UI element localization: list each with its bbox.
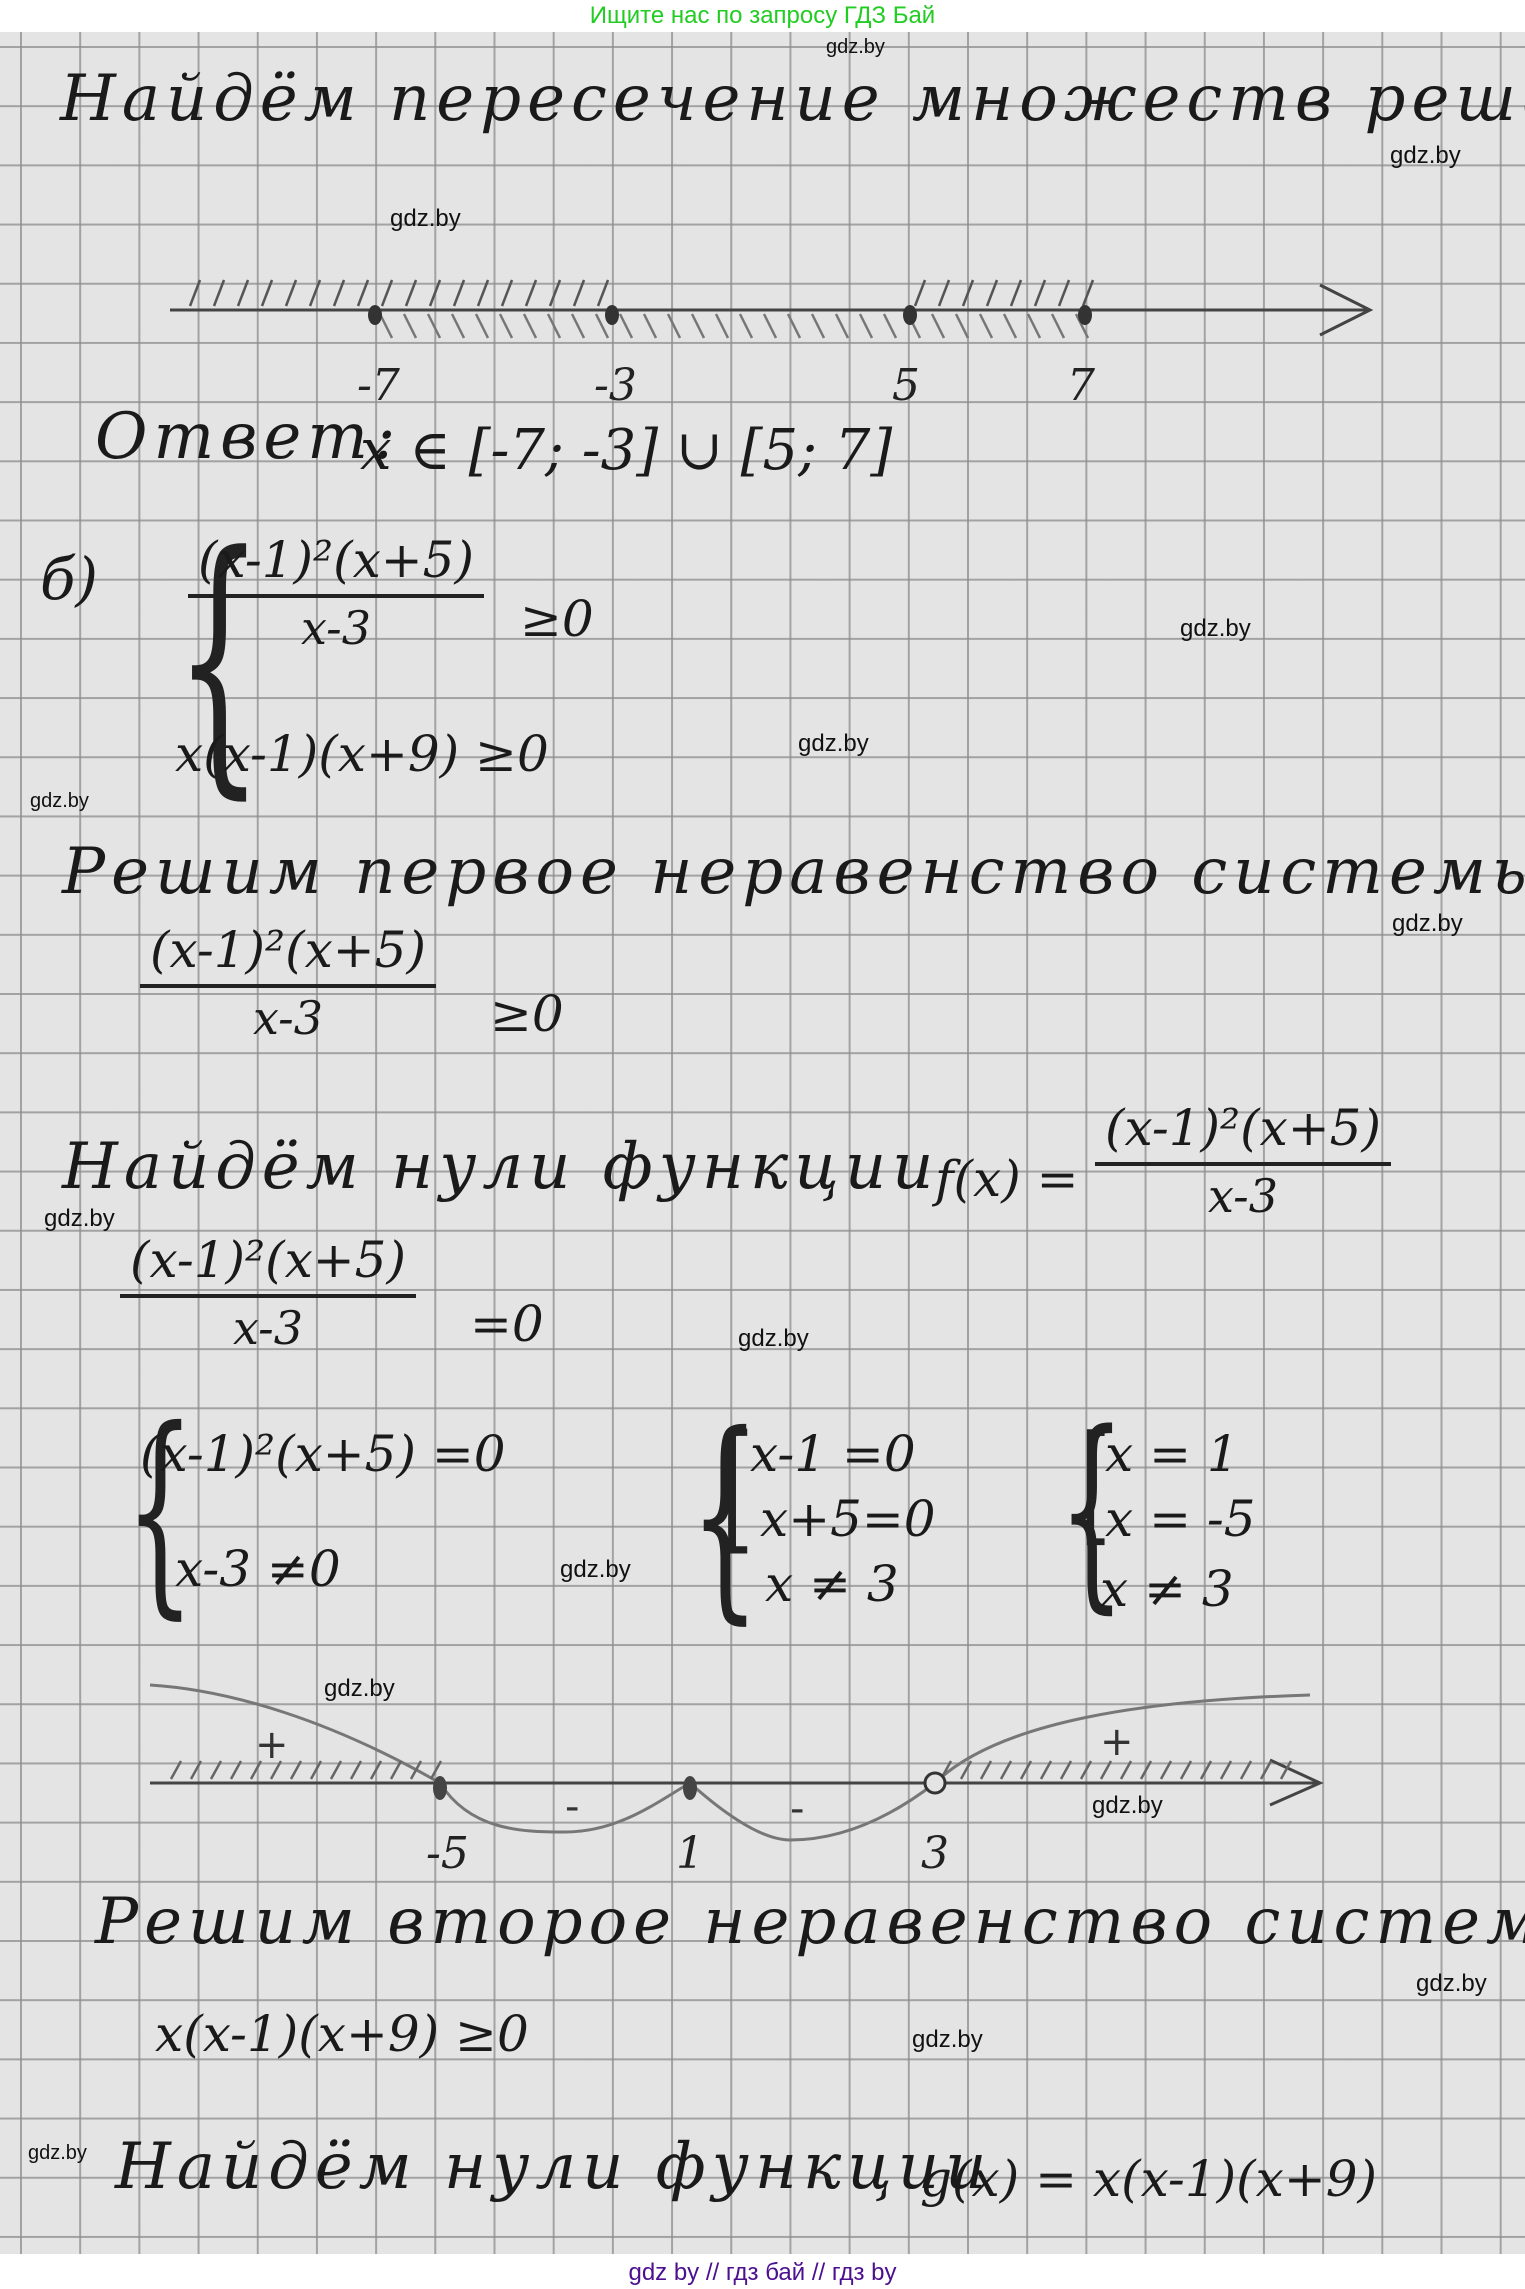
step2-heading: Решим второе неравенство системы xyxy=(95,1885,1525,1959)
step2-inequality: x(x-1)(x+9) ≥0 xyxy=(155,2005,529,2063)
zeros-heading-g: Найдём нули функции xyxy=(115,2130,992,2204)
svg-text:1: 1 xyxy=(676,1828,704,1879)
svg-text:-: - xyxy=(565,1784,579,1830)
function-g: g(x) = x(x-1)(x+9) xyxy=(920,2150,1377,2208)
svg-text:-: - xyxy=(790,1786,804,1832)
svg-text:+: + xyxy=(255,1722,289,1768)
svg-text:-5: -5 xyxy=(426,1828,469,1879)
svg-text:+: + xyxy=(1100,1719,1134,1765)
svg-text:3: 3 xyxy=(921,1828,949,1879)
bottom-banner[interactable]: gdz by // гдз бай // гдз by xyxy=(0,2256,1525,2289)
